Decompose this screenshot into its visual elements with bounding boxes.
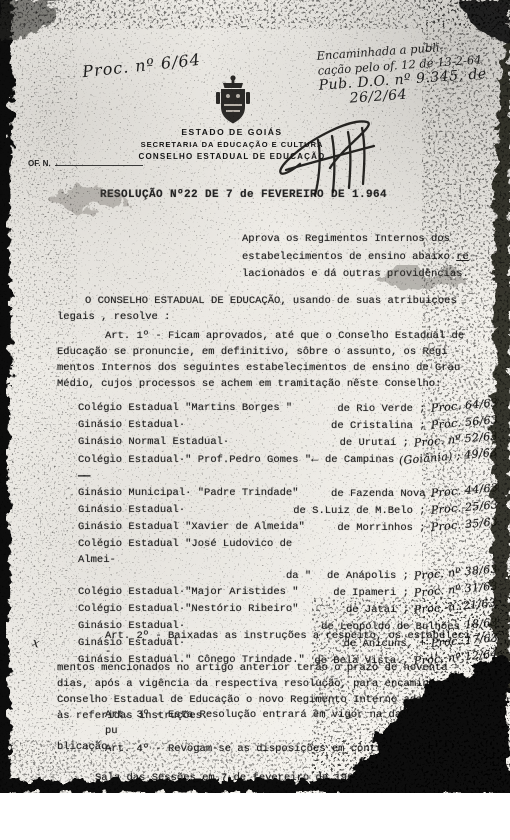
document-text-layer: Proc. nº 6/64 Encaminhada a publi- cação… — [0, 0, 510, 793]
school-name: Ginásio Estadual· — [78, 502, 293, 518]
document-scan-area: Proc. nº 6/64 Encaminhada a publi- cação… — [0, 0, 510, 793]
summary-line: Aprova os Regimentos Internos dos — [242, 231, 477, 249]
summary-line: estabelecimentos de ensino abaixo re — [242, 249, 477, 267]
preamble-line: O CONSELHO ESTADUAL DE EDUCAÇÃO, usando … — [57, 293, 472, 309]
article-line: mentos Internos dos seguintes estabeleci… — [57, 360, 472, 376]
article-line: Art. 3º - Esta Resolução entrará em vigo… — [57, 707, 472, 739]
closing-line: Sala das Sessões em 7 de fevereiro de 19… — [95, 770, 366, 786]
school-name: Colégio Estadual·"Nestório Ribeiro" — [78, 601, 346, 617]
handwritten-process-number: Proc. nº 6/64 — [81, 50, 201, 81]
school-name: Ginásio Municipal· "Padre Trindade" — [78, 485, 331, 501]
article-line: mentos mencionados no artigo anterior te… — [57, 660, 472, 676]
school-list-row: Colégio Estadual·" Prof.Pedro Gomes "←——… — [78, 451, 498, 485]
article-line: dias, após a vigência da respectiva reso… — [57, 676, 472, 692]
school-list-row: Colégio Estadual "Martins Borges " de Ri… — [78, 400, 498, 417]
school-name: Colégio Estadual "José Ludovico de Almei… — [78, 536, 327, 584]
school-list-row: Ginásio Municipal· "Padre Trindade" de F… — [78, 485, 498, 502]
school-list-row: Ginásio Estadual· de Cristalina ;Proc. 5… — [78, 417, 498, 434]
school-name: Ginásio Estadual· — [78, 417, 331, 433]
article-line: Art. 1º - Ficam aprovados, até que o Con… — [57, 328, 472, 344]
summary-line: lacionados e dá outras providências. — [242, 266, 477, 284]
office-number-label: OF. N. — [28, 159, 51, 168]
underlined-syllable: re — [456, 251, 469, 263]
school-place: de Morrinhos ;Proc. 35/63 — [337, 519, 498, 536]
school-name: Colégio Estadual·"Major Aristides " — [78, 584, 333, 600]
office-number-blank-line — [55, 165, 143, 166]
coat-of-arms-icon — [210, 74, 256, 128]
school-name: Colégio Estadual·" Prof.Pedro Gomes "←—— — [78, 451, 325, 485]
article-line: Educação se pronuncie, em definitivo, sô… — [57, 344, 472, 360]
article-line: Art. 4º - Revogam-se as disposições em c… — [57, 741, 472, 757]
article-4-paragraph: Art. 4º - Revogam-se as disposições em c… — [57, 741, 472, 757]
school-name: Ginásio Estadual "Xavier de Almeida" — [78, 519, 337, 535]
article-line: Médio, cujos processos se achem em trami… — [57, 376, 472, 392]
school-list-row: Colégio Estadual·"Major Aristides " de I… — [78, 584, 498, 601]
summary-paragraph: Aprova os Regimentos Internos dos estabe… — [242, 231, 477, 284]
handwritten-publication-note: Encaminhada a publi- cação pelo of. 12 d… — [316, 35, 510, 108]
school-list-row: Colégio Estadual·"Nestório Ribeiro" de J… — [78, 601, 498, 618]
school-place: de Campinas(Goiânia) ; 49/63 — [325, 451, 498, 468]
article-line: Art. 2º - Baixadas as instruções a respe… — [57, 628, 472, 660]
school-list-row: Ginásio Normal Estadual· de Urutaí ;Proc… — [78, 434, 498, 451]
handwritten-margin-mark: x — [31, 635, 41, 651]
school-list-row: Colégio Estadual "José Ludovico de Almei… — [78, 536, 498, 584]
scanned-document-page: Proc. nº 6/64 Encaminhada a publi- cação… — [0, 0, 510, 840]
preamble-paragraph: O CONSELHO ESTADUAL DE EDUCAÇÃO, usando … — [57, 293, 472, 325]
school-list-row: Ginásio Estadual· de S.Luiz de M.Belo ;P… — [78, 502, 498, 519]
school-name: Ginásio Normal Estadual· — [78, 434, 340, 450]
article-line: Conselho Estadual de Educação o novo Reg… — [57, 692, 472, 708]
preamble-line: legais , resolve : — [57, 309, 472, 325]
school-name-continuation: da " — [78, 568, 327, 584]
school-name: Colégio Estadual "Martins Borges " — [78, 400, 337, 416]
article-1-paragraph: Art. 1º - Ficam aprovados, até que o Con… — [57, 328, 472, 392]
signature-handwriting — [266, 106, 398, 202]
office-number-field: OF. N. — [28, 159, 143, 168]
school-list-row: Ginásio Estadual "Xavier de Almeida" de … — [78, 519, 498, 536]
